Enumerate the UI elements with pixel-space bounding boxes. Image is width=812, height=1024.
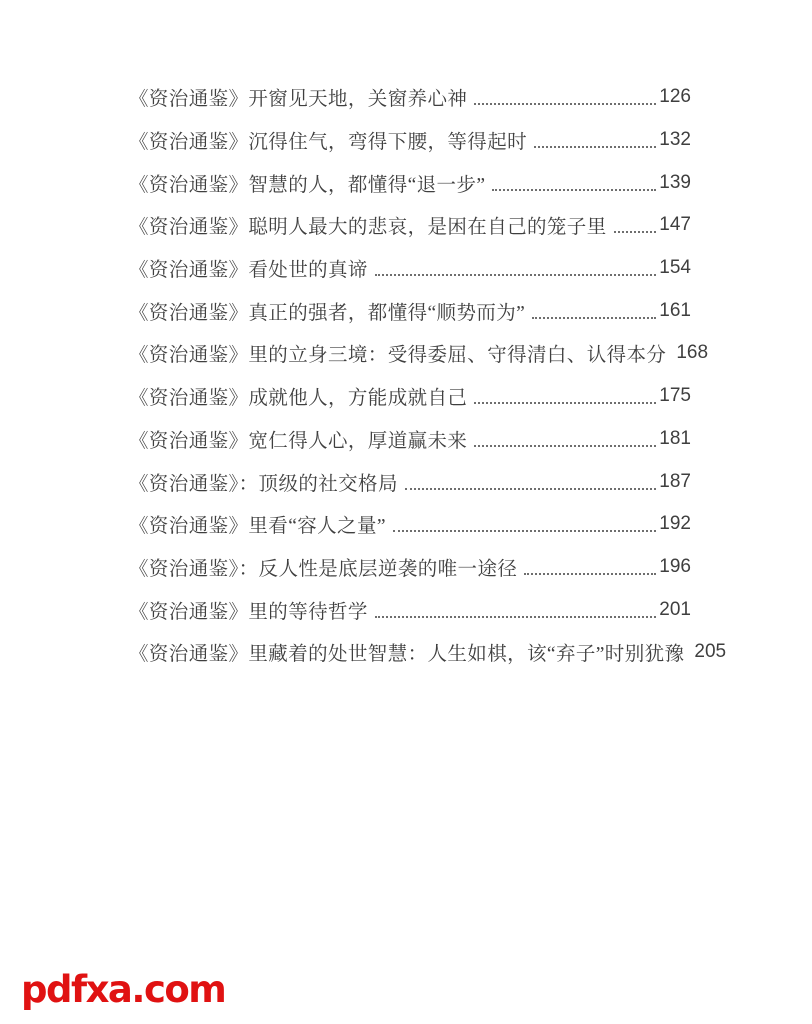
- toc-entry-title: 《资治通鉴》看处世的真谛: [129, 254, 368, 282]
- toc-entry-page: 139: [659, 172, 691, 194]
- toc-entry-page: 175: [659, 385, 691, 407]
- toc-leader-dots: [405, 488, 656, 490]
- toc-entry-page: 126: [659, 86, 691, 108]
- toc-leader-dots: [492, 189, 656, 191]
- watermark: pdfxa.com: [21, 970, 225, 1011]
- toc-entry[interactable]: 《资治通鉴》沉得住气，弯得下腰，等得起时 132: [129, 119, 691, 162]
- toc-entry[interactable]: 《资治通鉴》里藏着的处世智慧：人生如棋，该“弃子”时别犹豫 205: [129, 631, 691, 674]
- toc-leader-dots: [524, 573, 656, 575]
- toc-entry[interactable]: 《资治通鉴》：顶级的社交格局 187: [129, 460, 691, 503]
- toc-entry-page: 196: [659, 556, 691, 578]
- toc-entry-title: 《资治通鉴》开窗见天地，关窗养心神: [129, 83, 467, 111]
- toc-entry[interactable]: 《资治通鉴》开窗见天地，关窗养心神 126: [129, 76, 691, 119]
- toc-leader-dots: [534, 146, 656, 148]
- toc-entry-title: 《资治通鉴》：反人性是底层逆袭的唯一途径: [129, 553, 517, 581]
- toc-entry[interactable]: 《资治通鉴》看处世的真谛 154: [129, 247, 691, 290]
- toc-leader-dots: [614, 231, 657, 233]
- toc-entry-title: 《资治通鉴》沉得住气，弯得下腰，等得起时: [129, 126, 527, 154]
- toc-entry[interactable]: 《资治通鉴》里的等待哲学 201: [129, 588, 691, 631]
- toc-entry-title: 《资治通鉴》真正的强者，都懂得“顺势而为”: [129, 297, 525, 325]
- toc-entry[interactable]: 《资治通鉴》：反人性是底层逆袭的唯一途径 196: [129, 546, 691, 589]
- toc-leader-dots: [474, 402, 656, 404]
- toc-leader-dots: [393, 530, 656, 532]
- toc-entry-page: 187: [659, 471, 691, 493]
- toc-entry[interactable]: 《资治通鉴》真正的强者，都懂得“顺势而为” 161: [129, 289, 691, 332]
- toc-entry[interactable]: 《资治通鉴》里看“容人之量” 192: [129, 503, 691, 546]
- toc-entry-title: 《资治通鉴》里的立身三境：受得委屈、守得清白、认得本分: [129, 339, 666, 367]
- toc-entry[interactable]: 《资治通鉴》宽仁得人心，厚道赢未来 181: [129, 418, 691, 461]
- toc-leader-dots: [474, 103, 656, 105]
- toc-entry-title: 《资治通鉴》里的等待哲学: [129, 596, 368, 624]
- toc-entry-page: 181: [659, 428, 691, 450]
- table-of-contents: 《资治通鉴》开窗见天地，关窗养心神 126 《资治通鉴》沉得住气，弯得下腰，等得…: [129, 76, 691, 674]
- toc-entry-page: 154: [659, 257, 691, 279]
- toc-entry-title: 《资治通鉴》聪明人最大的悲哀，是困在自己的笼子里: [129, 211, 607, 239]
- toc-entry-title: 《资治通鉴》智慧的人，都懂得“退一步”: [129, 169, 485, 197]
- toc-entry[interactable]: 《资治通鉴》里的立身三境：受得委屈、守得清白、认得本分 168: [129, 332, 691, 375]
- toc-leader-dots: [474, 445, 656, 447]
- toc-entry-title: 《资治通鉴》里藏着的处世智慧：人生如棋，该“弃子”时别犹豫: [129, 638, 684, 666]
- toc-entry-page: 201: [659, 599, 691, 621]
- document-page: 《资治通鉴》开窗见天地，关窗养心神 126 《资治通鉴》沉得住气，弯得下腰，等得…: [0, 0, 812, 1024]
- toc-entry[interactable]: 《资治通鉴》聪明人最大的悲哀，是困在自己的笼子里 147: [129, 204, 691, 247]
- toc-entry-title: 《资治通鉴》里看“容人之量”: [129, 510, 386, 538]
- toc-entry-title: 《资治通鉴》成就他人，方能成就自己: [129, 382, 467, 410]
- toc-entry-title: 《资治通鉴》：顶级的社交格局: [129, 468, 398, 496]
- toc-entry[interactable]: 《资治通鉴》智慧的人，都懂得“退一步” 139: [129, 161, 691, 204]
- toc-leader-dots: [375, 616, 656, 618]
- toc-entry-page: 192: [659, 513, 691, 535]
- toc-entry-page: 205: [694, 641, 726, 663]
- toc-entry-page: 168: [676, 342, 708, 364]
- toc-entry-page: 147: [659, 214, 691, 236]
- toc-leader-dots: [375, 274, 656, 276]
- toc-entry-page: 132: [659, 129, 691, 151]
- toc-entry[interactable]: 《资治通鉴》成就他人，方能成就自己 175: [129, 375, 691, 418]
- toc-leader-dots: [532, 317, 656, 319]
- toc-entry-title: 《资治通鉴》宽仁得人心，厚道赢未来: [129, 425, 467, 453]
- toc-entry-page: 161: [659, 300, 691, 322]
